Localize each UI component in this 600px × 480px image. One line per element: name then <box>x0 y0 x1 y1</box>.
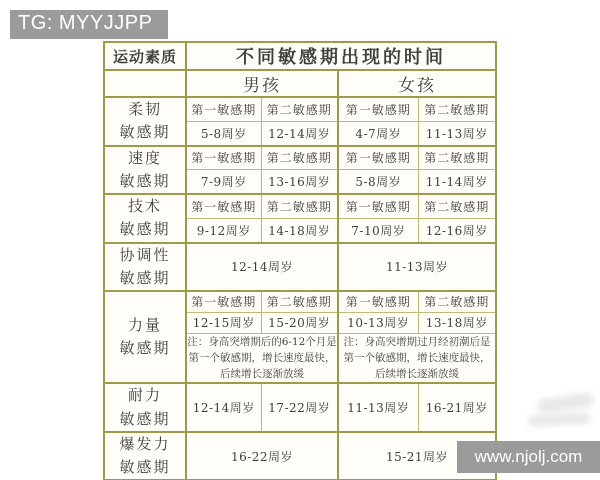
age-value: 11-13周岁 <box>338 243 496 292</box>
period-header: 第一敏感期 <box>186 146 261 170</box>
faint-smudge-watermark <box>528 412 590 426</box>
period-header: 第一敏感期 <box>186 194 261 218</box>
period-header: 第一敏感期 <box>186 291 261 312</box>
row-label-strength: 力量 敏感期 <box>104 291 186 383</box>
boys-header: 男孩 <box>186 70 338 97</box>
age-value: 12-15周岁 <box>186 312 261 333</box>
period-header: 第二敏感期 <box>418 97 496 121</box>
age-value: 5-8周岁 <box>338 170 418 194</box>
empty-cell <box>104 70 186 97</box>
age-value: 12-16周岁 <box>418 218 496 242</box>
age-value: 11-14周岁 <box>418 170 496 194</box>
age-value: 7-10周岁 <box>338 218 418 242</box>
sensitive-period-table: 运动素质 不同敏感期出现的时间 男孩 女孩 柔韧 敏感期 第一敏感期 第二敏感期… <box>103 41 497 480</box>
age-value: 9-12周岁 <box>186 218 261 242</box>
site-watermark: www.njolj.com <box>457 441 600 473</box>
age-value: 13-16周岁 <box>261 170 338 194</box>
period-header: 第一敏感期 <box>338 97 418 121</box>
period-header: 第二敏感期 <box>418 291 496 312</box>
row-label-technique: 技术 敏感期 <box>104 194 186 243</box>
age-value: 12-14周岁 <box>186 383 261 432</box>
age-value: 4-7周岁 <box>338 121 418 145</box>
period-header: 第一敏感期 <box>338 291 418 312</box>
row-label-endurance: 耐力 敏感期 <box>104 383 186 432</box>
row-label-coordination: 协调性 敏感期 <box>104 243 186 292</box>
age-value: 16-21周岁 <box>418 383 496 432</box>
table-title: 不同敏感期出现的时间 <box>186 42 496 70</box>
strength-note-boys: 注：身高突增期后的6-12个月是第一个敏感期，增长速度最快，后续增长逐渐放缓 <box>186 333 338 383</box>
age-value: 14-18周岁 <box>261 218 338 242</box>
age-value: 10-13周岁 <box>338 312 418 333</box>
period-header: 第二敏感期 <box>261 97 338 121</box>
faint-smudge-watermark <box>537 392 593 414</box>
period-header: 第二敏感期 <box>261 291 338 312</box>
period-header: 第一敏感期 <box>338 146 418 170</box>
age-value: 11-13周岁 <box>338 383 418 432</box>
strength-note-girls: 注：身高突增期过月经初潮后是第一个敏感期，增长速度最快，后续增长逐渐放缓 <box>338 333 496 383</box>
period-header: 第二敏感期 <box>418 146 496 170</box>
telegram-watermark: TG: MYYJJPP <box>10 10 168 39</box>
age-value: 11-13周岁 <box>418 121 496 145</box>
corner-label: 运动素质 <box>104 42 186 70</box>
age-value: 15-20周岁 <box>261 312 338 333</box>
age-value: 17-22周岁 <box>261 383 338 432</box>
age-value: 12-14周岁 <box>186 243 338 292</box>
age-value: 16-22周岁 <box>186 432 338 480</box>
row-label-flexibility: 柔韧 敏感期 <box>104 97 186 146</box>
period-header: 第二敏感期 <box>261 194 338 218</box>
age-value: 12-14周岁 <box>261 121 338 145</box>
age-value: 7-9周岁 <box>186 170 261 194</box>
period-header: 第一敏感期 <box>186 97 261 121</box>
age-value: 5-8周岁 <box>186 121 261 145</box>
girls-header: 女孩 <box>338 70 496 97</box>
row-label-speed: 速度 敏感期 <box>104 146 186 195</box>
age-value: 13-18周岁 <box>418 312 496 333</box>
period-header: 第一敏感期 <box>338 194 418 218</box>
period-header: 第二敏感期 <box>261 146 338 170</box>
row-label-explosive: 爆发力 敏感期 <box>104 432 186 480</box>
period-header: 第二敏感期 <box>418 194 496 218</box>
